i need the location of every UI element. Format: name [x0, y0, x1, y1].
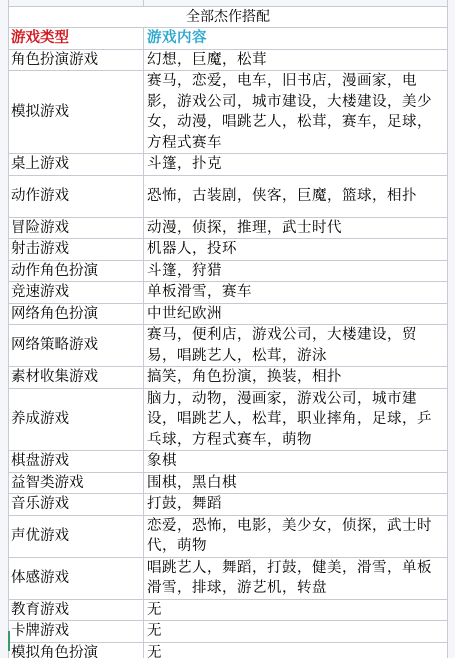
game-type-cell[interactable]: 动作游戏: [9, 176, 144, 217]
next-column-strip: [447, 0, 455, 658]
spreadsheet: 全部杰作搭配 游戏类型 游戏内容 角色扮演游戏幻想，巨魔，松茸模拟游戏赛马，恋爱…: [9, 7, 447, 658]
game-type-cell[interactable]: 射击游戏: [9, 239, 144, 260]
game-type-cell[interactable]: 养成游戏: [9, 389, 144, 451]
table-row: 卡牌游戏无: [9, 621, 447, 643]
table-row: 竞速游戏单板滑雪，赛车: [9, 282, 447, 304]
table-row: 声优游戏恋爱，恐怖，电影，美少女，侦探，武士时代，萌物: [9, 516, 447, 558]
game-type-cell[interactable]: 模拟角色扮演: [9, 643, 144, 658]
table-row: 益智类游戏围棋，黑白棋: [9, 473, 447, 495]
game-type-cell[interactable]: 素材收集游戏: [9, 367, 144, 388]
table-row: 冒险游戏动漫，侦探，推理，武士时代: [9, 218, 447, 240]
table-row: 射击游戏机器人，投环: [9, 239, 447, 261]
table-row: 网络策略游戏赛马，便利店，游戏公司，大楼建设，贸易，唱跳艺人，松茸，游泳: [9, 325, 447, 367]
table-row: 体感游戏唱跳艺人，舞蹈，打鼓，健美，滑雪，单板滑雪，排球，游艺机，转盘: [9, 558, 447, 600]
game-content-cell[interactable]: 打鼓，舞蹈: [144, 494, 447, 515]
header-game-type[interactable]: 游戏类型: [9, 28, 144, 49]
game-type-cell[interactable]: 音乐游戏: [9, 494, 144, 515]
header-row: 游戏类型 游戏内容: [9, 28, 447, 50]
game-content-cell[interactable]: 搞笑，角色扮演，换装，相扑: [144, 367, 447, 388]
game-content-cell[interactable]: 恋爱，恐怖，电影，美少女，侦探，武士时代，萌物: [144, 516, 447, 557]
game-content-cell[interactable]: 象棋: [144, 451, 447, 472]
game-type-cell[interactable]: 角色扮演游戏: [9, 50, 144, 71]
game-type-cell[interactable]: 网络策略游戏: [9, 325, 144, 366]
game-type-cell[interactable]: 教育游戏: [9, 600, 144, 621]
game-content-cell[interactable]: 无: [144, 643, 447, 658]
game-type-cell[interactable]: 声优游戏: [9, 516, 144, 557]
table-row: 动作游戏恐怖，古装剧，侠客，巨魔，篮球，相扑: [9, 176, 447, 218]
row-header-strip: [0, 0, 9, 658]
table-row: 桌上游戏斗篷，扑克: [9, 154, 447, 176]
game-content-cell[interactable]: 单板滑雪，赛车: [144, 282, 447, 303]
table-row: 音乐游戏打鼓，舞蹈: [9, 494, 447, 516]
game-type-cell[interactable]: 网络角色扮演: [9, 304, 144, 325]
game-content-cell[interactable]: 中世纪欧洲: [144, 304, 447, 325]
game-content-cell[interactable]: 斗篷，扑克: [144, 154, 447, 175]
game-type-cell[interactable]: 益智类游戏: [9, 473, 144, 494]
game-content-cell[interactable]: 唱跳艺人，舞蹈，打鼓，健美，滑雪，单板滑雪，排球，游艺机，转盘: [144, 558, 447, 599]
table-row: 教育游戏无: [9, 600, 447, 622]
game-type-cell[interactable]: 模拟游戏: [9, 71, 144, 153]
game-content-cell[interactable]: 赛马，便利店，游戏公司，大楼建设，贸易，唱跳艺人，松茸，游泳: [144, 325, 447, 366]
game-content-cell[interactable]: 恐怖，古装剧，侠客，巨魔，篮球，相扑: [144, 176, 447, 217]
game-type-cell[interactable]: 竞速游戏: [9, 282, 144, 303]
game-content-cell[interactable]: 赛马，恋爱，电车，旧书店，漫画家，电影，游戏公司，城市建设，大楼建设，美少女，动…: [144, 71, 447, 153]
game-content-cell[interactable]: 无: [144, 600, 447, 621]
game-content-cell[interactable]: 动漫，侦探，推理，武士时代: [144, 218, 447, 239]
game-content-cell[interactable]: 无: [144, 621, 447, 642]
table-row: 养成游戏脑力，动物，漫画家，游戏公司，城市建设，唱跳艺人，松茸，职业摔角，足球，…: [9, 389, 447, 452]
game-content-cell[interactable]: 围棋，黑白棋: [144, 473, 447, 494]
table-row: 模拟游戏赛马，恋爱，电车，旧书店，漫画家，电影，游戏公司，城市建设，大楼建设，美…: [9, 71, 447, 154]
game-type-cell[interactable]: 棋盘游戏: [9, 451, 144, 472]
table-row: 素材收集游戏搞笑，角色扮演，换装，相扑: [9, 367, 447, 389]
selected-cell-indicator: [8, 631, 10, 651]
table-row: 棋盘游戏象棋: [9, 451, 447, 473]
game-type-cell[interactable]: 动作角色扮演: [9, 261, 144, 282]
table-row: 动作角色扮演斗篷，狩猎: [9, 261, 447, 283]
table-row: 模拟角色扮演无: [9, 643, 447, 658]
title-row: 全部杰作搭配: [9, 7, 447, 28]
table-title[interactable]: 全部杰作搭配: [9, 7, 447, 27]
header-game-content[interactable]: 游戏内容: [144, 28, 447, 49]
game-type-cell[interactable]: 桌上游戏: [9, 154, 144, 175]
game-content-cell[interactable]: 脑力，动物，漫画家，游戏公司，城市建设，唱跳艺人，松茸，职业摔角，足球，乒乓球，…: [144, 389, 447, 451]
table-row: 角色扮演游戏幻想，巨魔，松茸: [9, 50, 447, 72]
game-type-cell[interactable]: 体感游戏: [9, 558, 144, 599]
game-content-cell[interactable]: 机器人，投环: [144, 239, 447, 260]
game-content-cell[interactable]: 斗篷，狩猎: [144, 261, 447, 282]
game-type-cell[interactable]: 卡牌游戏: [9, 621, 144, 642]
game-type-cell[interactable]: 冒险游戏: [9, 218, 144, 239]
game-content-cell[interactable]: 幻想，巨魔，松茸: [144, 50, 447, 71]
table-row: 网络角色扮演中世纪欧洲: [9, 304, 447, 326]
